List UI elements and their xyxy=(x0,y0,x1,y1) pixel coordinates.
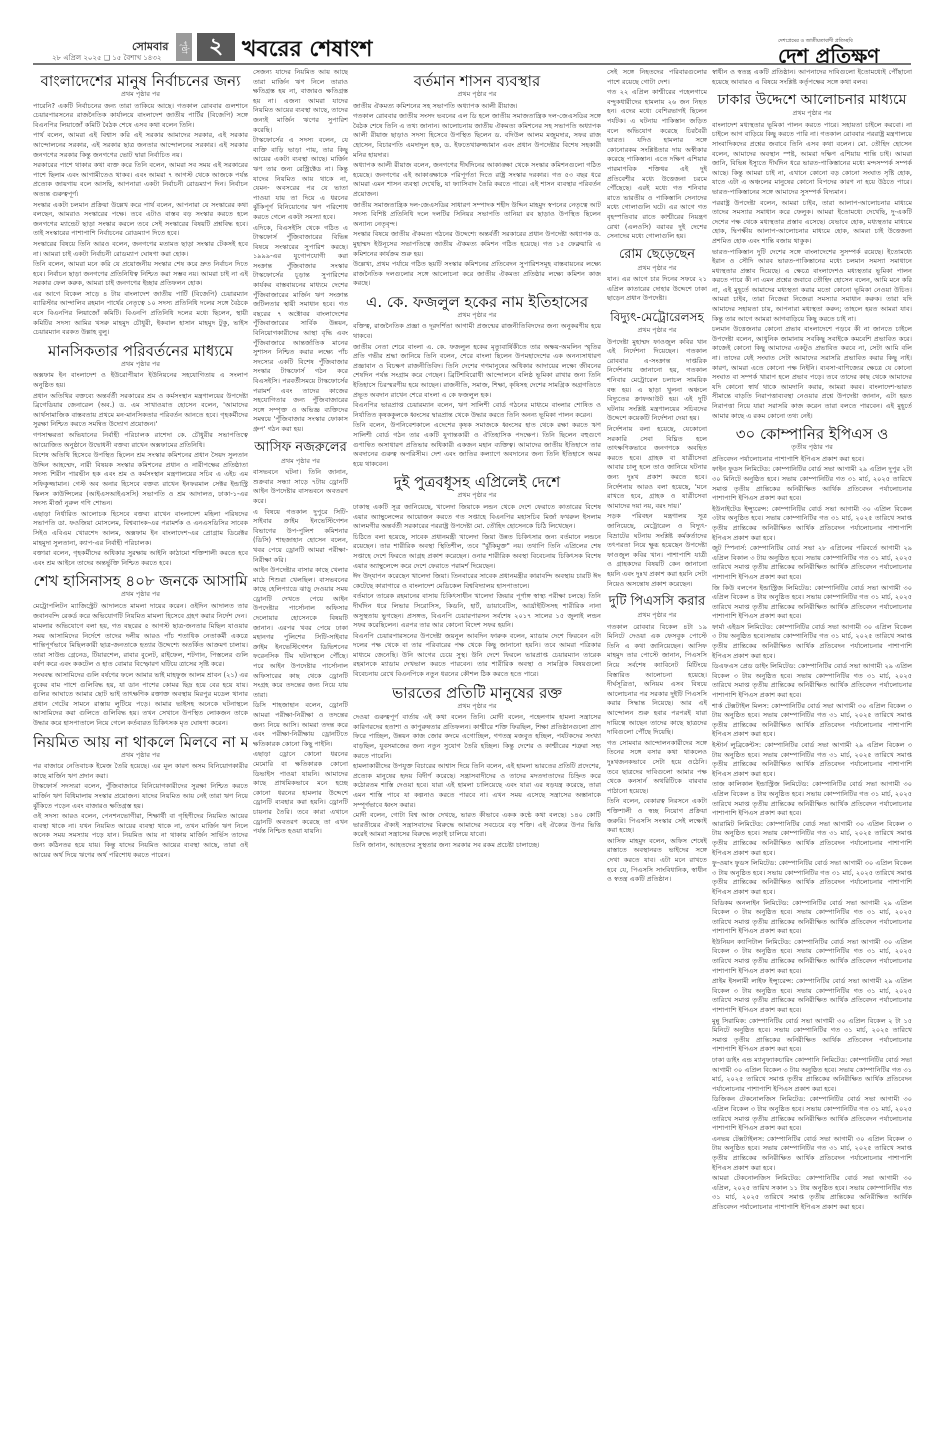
article-paragraph: গত সোমবার আন্দোলনকারীদের সঙ্গে তিনের সঙ্… xyxy=(607,739,707,797)
continuation-label: প্রথম পৃষ্ঠার পর xyxy=(607,326,707,336)
article-paragraph: বাংলাদেশ মধ্যস্থতার ভূমিকা পালন করতে পার… xyxy=(712,121,912,198)
headline-khaleda-return: দুই পুত্রবধূসহ এপ্রিলেই দেশে xyxy=(353,473,601,491)
list-item: প্রাইম ইসলামী লাইফ ইন্স্যুরেন্স: কোম্পান… xyxy=(712,977,912,1015)
article-paragraph: মেট্রোপলিটন ম্যাজিস্ট্রেট আদালতে মামলা দ… xyxy=(33,602,248,621)
list-item: তাজ কালিকাল ইন্ডাস্ট্রিজ লিমিটেড: কোম্পা… xyxy=(712,780,912,818)
list-item: ইস্টার্ন লুব্রিকেন্টস: কোম্পানিটির বোর্ড… xyxy=(712,741,912,779)
list-item: এনভয় টেক্সটাইলস: কোম্পানিটির বোর্ড সভা … xyxy=(712,1135,912,1173)
article-paragraph: জাতীয় নেতা শেরে বাংলা এ. কে. ফজলুল হকের… xyxy=(353,343,601,401)
continuation-label: প্রথম পৃষ্ঠার পর xyxy=(607,611,707,621)
article-paragraph: জাতীয় ঐকমত্য কমিশনের সহ সভাপতি অধ্যাপক … xyxy=(353,102,601,112)
article-paragraph: এদিকে, বিএসইসি থেকে গঠিত এ টাস্কফোর্স পু… xyxy=(253,224,348,435)
headline-rome-departure: রোম ছেড়েছেন xyxy=(607,246,707,264)
article-paragraph: গতকাল রোববার জাতীয় সংসদ ভবনের এল ডি হলে… xyxy=(353,112,601,160)
headline-asif-nazrul: আসিফ নজরুলের xyxy=(253,439,348,457)
headline-30-companies-eps: ৩০ কোম্পানির ইপিএস ও xyxy=(712,425,912,443)
article-paragraph: জাতীয় সমাজতান্ত্রিক দল-জেএসডির সাধারণ স… xyxy=(353,201,601,230)
article-paragraph: মোদী বলেন, গোটা বিশ্ব আজ দেখছে, ভারত কীভ… xyxy=(353,811,601,840)
article-paragraph: মামলার অভিযোগে বলা হয়, গত বছরের ৫ আগস্ট… xyxy=(33,622,248,670)
continuation-label: প্রথম পৃষ্ঠার পর xyxy=(607,264,707,274)
article-paragraph: স্বাধীন ও স্বতন্ত্র একটি প্রতিষ্ঠান। আপন… xyxy=(712,68,912,87)
article-paragraph: তিনি বলেন, উপনিবেশকালে এদেশের কৃষক সমাজক… xyxy=(353,421,601,469)
headline-dhaka-dialogue: ঢাকার উদ্দেশে আলোচনার মাধ্যমে xyxy=(712,91,912,109)
headline-sheikh-hasina-case: শেখ হাসিনাসহ ৪০৮ জনকে আসামি xyxy=(33,572,248,590)
list-item: ইউনিয়ন ক্যাপিটাল লিমিটেড: কোম্পানিটির ব… xyxy=(712,938,912,976)
column-middle: বর্তমান শাসন ব্যবস্থার প্রথম পৃষ্ঠার পর … xyxy=(353,68,601,1368)
continuation-label: প্রথম পৃষ্ঠার পর xyxy=(33,90,248,100)
list-item: ডিএফএস প্রেড ডাইং লিমিটেড: কোম্পানিটির ব… xyxy=(712,662,912,700)
list-item: আরামিট লিমিটেড: কোম্পানিটির বোর্ড সভা আগ… xyxy=(712,820,912,858)
page-number: ২ xyxy=(197,33,235,61)
article-paragraph: বর্তমানে তারেক রহমানের বাসায় চিকিৎসাধীন… xyxy=(353,592,601,630)
article-paragraph: ওই সদস্য আরও বলেন, পেনশনভোগীরা, শিক্ষার্… xyxy=(33,812,248,860)
article-paragraph: পার্থ বলেন, আমরা এই বিশ্বাস করি এই সরকার… xyxy=(33,131,248,160)
continuation-label: প্রথম পৃষ্ঠার পর xyxy=(33,751,248,761)
article-paragraph: বিশেষ অতিথি হিসেবে উপস্থিত ছিলেন শ্রম সং… xyxy=(33,451,248,509)
article-paragraph: বাসভবনে ঘটনা। তিনি জানান, শুক্রবার সন্ধ্… xyxy=(253,468,348,506)
article-paragraph: সেই সঙ্গে নিহতদের পরিবারগুলোর পাশে রয়েছ… xyxy=(607,68,707,87)
article-paragraph: টাস্কফোর্স সদস্যরা বলেন, পুঁজিবাজারে বিন… xyxy=(33,782,248,811)
article-paragraph: বক্তিত্ব, রাজনৈতিক প্রজ্ঞা ও দূরদর্শিতা … xyxy=(353,322,601,341)
article-paragraph: পর বাজারে নেতিবাচক ইমেজ তৈরি হয়েছে। এর … xyxy=(33,762,248,781)
article-paragraph: সংঘবদ্ধ আসামিদের গুলি বর্ষণের ফলে আমার ভ… xyxy=(33,671,248,729)
article-paragraph: বিএনপি চেয়ারপারসনের উপদেষ্টা জয়নুল আবদ… xyxy=(353,632,601,680)
headline-two-psc: দুটি পিএসসি করার xyxy=(607,593,707,611)
headline-bangladesh-election: বাংলাদেশের মানুষ নির্বাচনের জন্য xyxy=(33,72,248,90)
article-paragraph: উপদেষ্টা মুহাম্মদ ফাওজুল কবির খান এই নির… xyxy=(607,338,707,424)
list-item: জুট স্পিনার্স: কোম্পানিটির বোর্ড সভা ২৮ … xyxy=(712,544,912,582)
list-item: ইউনাইটেড ইন্স্যুরেন্স: কোম্পানিটির বোর্ড… xyxy=(712,505,912,543)
article-paragraph: তিনি বলেন, বেকারত্ব নিরসনে একটা শক্তিশাল… xyxy=(607,797,707,835)
continuation-label: প্রথম পৃষ্ঠার পর xyxy=(353,702,601,712)
headline-governance-system: বর্তমান শাসন ব্যবস্থার xyxy=(353,72,601,90)
article-paragraph: তিনি জানান, আহতদের সুস্থতার জন্য সরকার স… xyxy=(353,841,601,851)
article-paragraph: ভারত-পাকিস্তান দুটি দেশের সঙ্গে বাংলাদেশ… xyxy=(712,248,912,325)
article-paragraph: নির্দেশনায় বলা হয়েছে, যেকোনো সরকারি সে… xyxy=(607,425,707,511)
article-paragraph: ঈদ উদ্‌যাপন করেছেন খালেদা জিয়া। তিনবারে… xyxy=(353,572,601,591)
article-paragraph: গণসাক্ষরতা অভিযানের নির্বাহী পরিচালক রাশ… xyxy=(33,431,248,450)
page-tag: পৃষ্ঠা xyxy=(176,33,192,61)
article-paragraph: পারেনি? একটি নির্বাচনের জন্য তারা তাকিয়… xyxy=(33,102,248,131)
continuation-label: প্রথম পৃষ্ঠার পর xyxy=(33,360,248,370)
headline-india-blood: ভারতের প্রতিটি মানুষের রক্ত xyxy=(353,684,601,702)
list-item: প্রতিবেদন পর্যালোচনার পাশাপাশি ইপিএস প্র… xyxy=(712,455,912,465)
list-item: ঢাকা ডাইং এন্ড ম্যানুফ্যাকচারিং কোম্পানি… xyxy=(712,1056,912,1094)
column-narrow-1: সেজন্য যাদের নিয়মিত আয় আছে তারা মার্জি… xyxy=(253,68,348,1368)
article-paragraph: টাস্কফোর্সের এ সদস্য বলেন, যে ব্যক্তি বা… xyxy=(253,136,348,222)
header-divider xyxy=(33,63,911,65)
article-paragraph: ঢাকাস্থ একটি সূত্র জানিয়েছে, খালেদা জিয… xyxy=(353,503,601,532)
continuation-label: প্রথম পৃষ্ঠার পর xyxy=(33,590,248,600)
continuation-label: প্রথম পৃষ্ঠার পর xyxy=(712,109,912,119)
article-paragraph: সংস্কারের বিষয়ে তিনি আরও বলেন, জনগণের ম… xyxy=(33,240,248,259)
article-paragraph: সেজন্য যাদের নিয়মিত আয় আছে তারা মার্জি… xyxy=(253,68,348,135)
article-paragraph: হামলাকারীদের উপযুক্ত বিচারের আশ্বাস দিয়… xyxy=(353,762,601,810)
headline-mindset-change: মানসিকতার পরিবর্তনের মাধ্যমে xyxy=(33,342,248,360)
continuation-label: প্রথম পৃষ্ঠার পর xyxy=(353,311,601,321)
continuation-label: প্রথম পৃষ্ঠার পর xyxy=(253,457,348,467)
list-item: ফার্মা এইডস লিমিটেড: কোম্পানিটির বোর্ড স… xyxy=(712,623,912,661)
headline-margin-loan: নিয়মিত আয় না থাকলে মিলবে না মার্জিন xyxy=(33,733,248,751)
article-paragraph: সরকারের পাশে থাকার কথা ব্যক্ত করে তিনি ব… xyxy=(33,161,248,199)
continuation-label: প্রথম পৃষ্ঠার পর xyxy=(353,90,601,100)
article-paragraph: প্রধান অতিথির বক্তব্যে অন্তর্বর্তী সরকার… xyxy=(33,392,248,430)
article-paragraph: সড়ক পরিবহন মন্ত্রণালয় সূত্র জানিয়েছে,… xyxy=(607,512,707,589)
article-paragraph: বক্তারা বলেন, গৃহকর্মীদের অধিকার সুরক্ষা… xyxy=(33,549,248,568)
continuation-label: তৃতীয় পৃষ্ঠার পর xyxy=(712,443,912,453)
article-paragraph: চিঠিতে বলা হয়েছে, সাবেক প্রধানমন্ত্রী খ… xyxy=(353,533,601,571)
article-paragraph: আসিফ মাহমুদ বলেন, অফিস শেষেই রাস্তাতে অব… xyxy=(607,837,707,885)
list-item: মুন্নু সিরামিক: কোম্পানিটির বোর্ড সভা আগ… xyxy=(712,1017,912,1055)
list-item: ফু-ওয়াং ফুডস লিমিটেড: কোম্পানিটির বোর্ড… xyxy=(712,859,912,897)
article-paragraph: আইন উপদেষ্টার বাসার কাছে খেলার মাঠে শিশু… xyxy=(253,566,348,700)
article-paragraph: এছাড়া নির্ধারিত আলোচক হিসেবে বক্তব্য রা… xyxy=(33,510,248,548)
headline-power-metrorail: বিদ্যুৎ-মেট্রোরেলসহ xyxy=(607,308,707,326)
article-paragraph: যান। এর আগে চার দিনের সফরে ২১ এপ্রিল কাত… xyxy=(607,275,707,304)
list-item: ডিজিকন টেকনোলজিস লিমিটেড: কোম্পানিটির বো… xyxy=(712,1095,912,1133)
article-paragraph: সংস্কার বিষয়ে জাতীয় ঐকমত্য গঠনের উদ্দে… xyxy=(353,230,601,259)
article-paragraph: পররাষ্ট্র উপদেষ্টা বলেন, আমরা চাইব, তারা… xyxy=(712,199,912,247)
article-paragraph: এর আগে বিকেল সাড়ে ৪ টায় বাংলাদেশ জাতীয… xyxy=(33,290,248,338)
article-paragraph: চলমান উত্তেজনার কোনো প্রভাব বাংলাদেশে পড… xyxy=(712,325,912,421)
article-paragraph: বিএনপির ভারপ্রাপ্ত চেয়ারম্যান বলেন, ঋণ … xyxy=(353,401,601,420)
article-paragraph: গতকাল রোববার বিকেল ৪টা ১৯ মিনিটে দেওয়া … xyxy=(607,623,707,738)
article-paragraph: উল্লেখ্য, প্রথম পর্যায়ে গঠিত ছয়টি সংস্… xyxy=(353,260,601,289)
headline-fazlul-huq: এ. কে. ফজলুল হকের নাম ইতিহাসের xyxy=(353,293,601,311)
article-paragraph: এ বিষয়ে গতকাল দুপুরে সিটি-সাইবার ক্রাইম… xyxy=(253,508,348,566)
article-paragraph: ডিসি শাহজাহান বলেন, ড্রোনটি আমরা পরীক্ষা… xyxy=(253,701,348,749)
list-item: ফাইন ফুডস লিমিটেড: কোম্পানিটির বোর্ড সভা… xyxy=(712,465,912,503)
list-item: বিডিকম অনলাইন লিমিটেড: কোম্পানিটির বোর্ড… xyxy=(712,899,912,937)
list-item: আমরা টেকনোলজিস লিমিটেড: কোম্পানিটির বোর্… xyxy=(712,1174,912,1212)
article-paragraph: গত ২২ এপ্রিল কাশ্মীরের পহেলগামে বন্দুকধা… xyxy=(607,88,707,242)
article-paragraph: এছাড়া ড্রোনে কোনো ধরনের মেমোরি বা ক্ষতি… xyxy=(253,750,348,836)
column-narrow-2: সেই সঙ্গে নিহতদের পরিবারগুলোর পাশে রয়েছ… xyxy=(607,68,707,1368)
article-paragraph: দেওয়া গুরুত্বপূর্ণ বার্তায় এই কথা বলেন… xyxy=(353,713,601,761)
continuation-label: প্রথম পৃষ্ঠার পর xyxy=(353,491,601,501)
column-right: স্বাধীন ও স্বতন্ত্র একটি প্রতিষ্ঠান। আপন… xyxy=(712,68,912,1368)
page-masthead: সোমবার ২৮ এপ্রিল ২০২৫ ❑ ১৫ বৈশাখ ১৪৩২ পৃ… xyxy=(0,0,945,62)
list-item: শার্ক টেক্সটাইল মিলস: কোম্পানিটির বোর্ড … xyxy=(712,702,912,740)
article-paragraph: সংস্কার একটা চলমান প্রক্রিয়া উল্লেখ করে… xyxy=(33,201,248,239)
list-item: জি কিউ বলপেন ইন্ডাস্ট্রিজ লিমিটেড: কোম্প… xyxy=(712,584,912,622)
column-left: বাংলাদেশের মানুষ নির্বাচনের জন্য প্রথম প… xyxy=(33,68,248,1368)
article-paragraph: অক্সফাম ইন বাংলাদেশ ও ইউরোপীয়ান ইউনিয়ন… xyxy=(33,371,248,390)
article-paragraph: অধ্যাপক আলী রীয়াজ বলেন, জনগণের দীর্ঘদিন… xyxy=(353,161,601,199)
article-paragraph: তিনি বলেন, আমরা মনে করি যে প্রয়োজনীয় স… xyxy=(33,260,248,289)
